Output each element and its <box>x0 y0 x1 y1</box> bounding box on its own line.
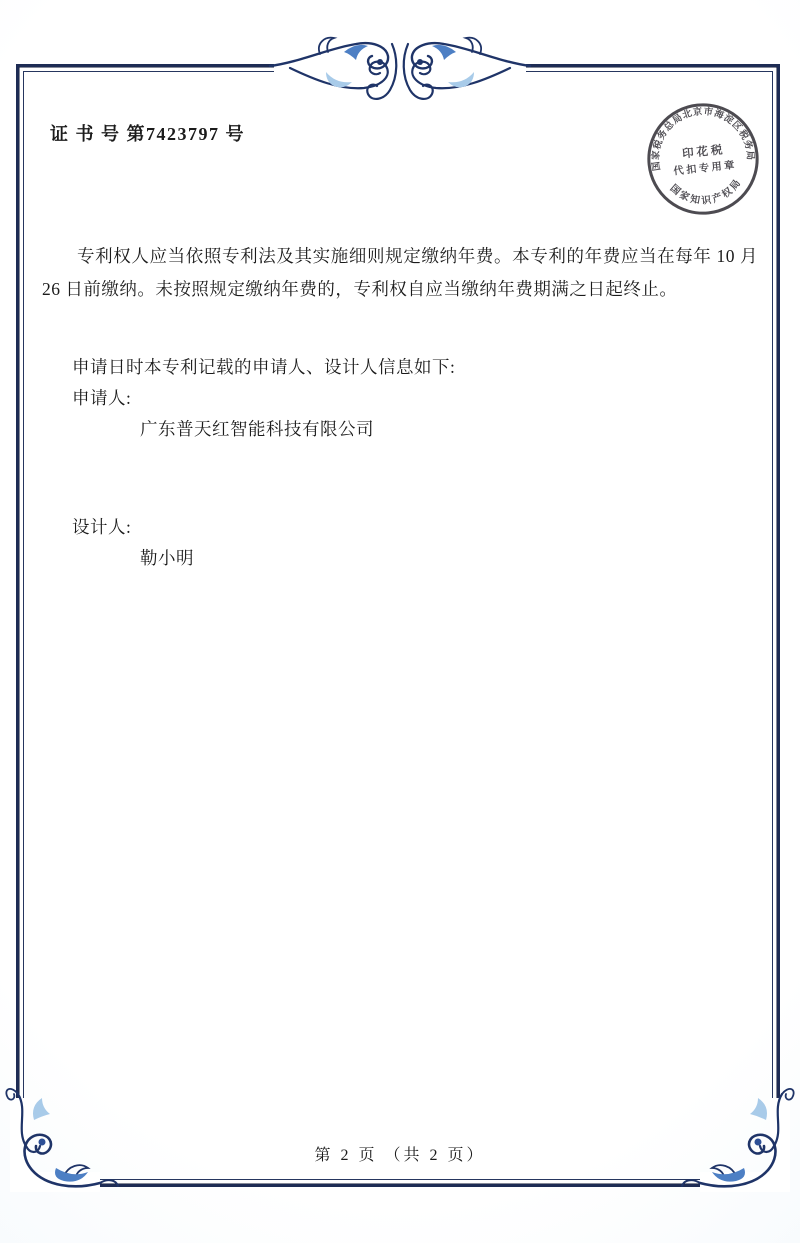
designer-label: 设计人: <box>72 512 194 543</box>
bottom-left-corner-ornament <box>4 1080 124 1200</box>
stamp-center-line2: 代 扣 专 用 章 <box>673 158 735 177</box>
tax-stamp-seal: 国家税务总局北京市海淀区税务局 印 花 税 代 扣 专 用 章 国家知识产权局 <box>625 81 781 237</box>
info-intro-line: 申请日时本专利记载的申请人、设计人信息如下: <box>72 352 455 383</box>
stamp-top-arc-text: 国家税务总局北京市海淀区税务局 <box>644 100 757 172</box>
top-border-ornament <box>260 32 540 106</box>
page-number: 第 2 页 （共 2 页） <box>0 1142 800 1165</box>
certificate-number: 证 书 号 第7423797 号 <box>50 120 245 146</box>
applicant-info-block: 申请日时本专利记载的申请人、设计人信息如下: 申请人: 广东普天红智能科技有限公… <box>72 352 455 445</box>
applicant-label: 申请人: <box>72 383 455 414</box>
certificate-page: 证 书 号 第7423797 号 国家税务总局北京市海淀区税务局 印 花 税 代… <box>0 0 800 1243</box>
decorative-border-inner <box>23 71 773 1180</box>
designer-name: 勒小明 <box>140 543 194 574</box>
stamp-center-line1: 印 花 税 <box>681 142 723 160</box>
fee-notice-paragraph: 专利权人应当依照专利法及其实施细则规定缴纳年费。本专利的年费应当在每年 10 月… <box>42 240 758 307</box>
designer-info-block: 设计人: 勒小明 <box>72 512 194 574</box>
bottom-right-corner-ornament <box>676 1080 796 1200</box>
applicant-name: 广东普天红智能科技有限公司 <box>140 414 455 445</box>
